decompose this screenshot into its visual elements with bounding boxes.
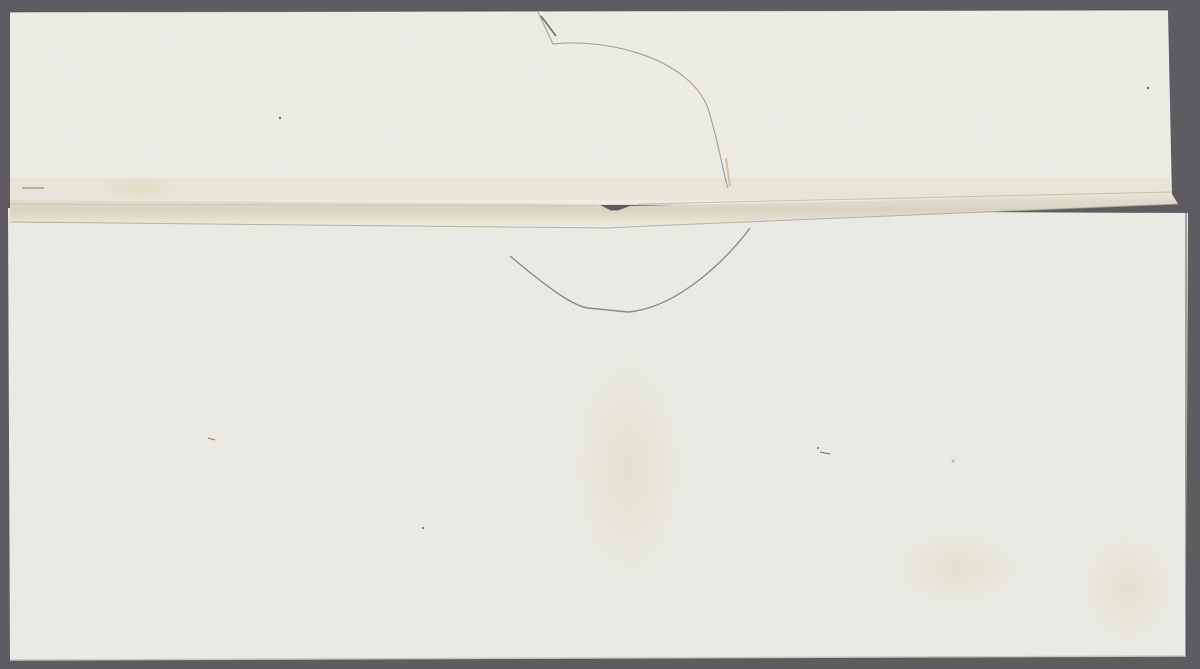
letter-sheet <box>8 8 1188 660</box>
letter-illustration <box>8 8 1192 664</box>
photo-scene: Reverse of a folded entire letter sheet <box>0 0 1200 669</box>
upper-flap <box>10 10 1172 206</box>
